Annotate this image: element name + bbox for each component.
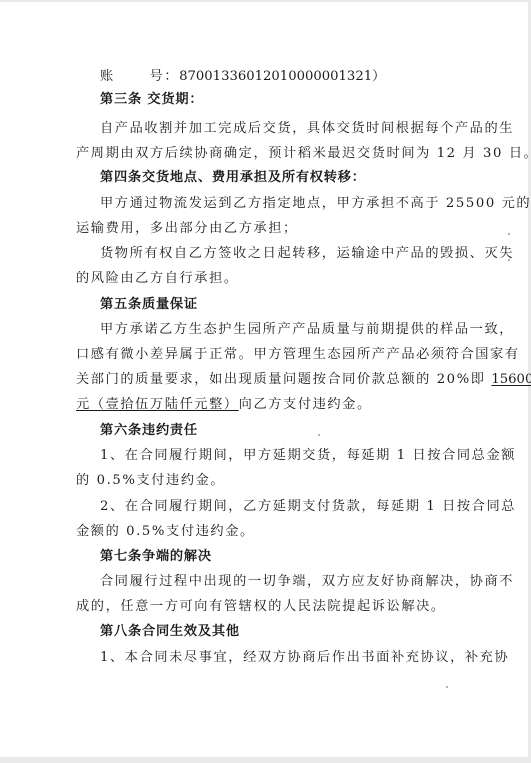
- article6-line-2: 的 0.5%支付违约金。: [76, 472, 476, 490]
- article4-line-3: 货物所有权自乙方签收之日起转移，运输途中产品的毁损、灭失: [100, 245, 500, 263]
- article5-line-3-text: 关部门的质量要求，如出现质量问题按合同价款总额的 20%即: [76, 372, 491, 387]
- scan-speck: [508, 259, 510, 261]
- article4-heading: 第四条交货地点、费用承担及所有权转移：: [100, 169, 500, 187]
- article3-heading: 第三条 交货期：: [100, 91, 500, 109]
- article8-heading: 第八条合同生效及其他: [100, 623, 500, 641]
- article7-line-1: 合同履行过程中出现的一切争端，双方应友好协商解决，协商不: [100, 573, 500, 591]
- article5-line-2: 口感有微小差异属于正常。甲方管理生态园所产产品必须符合国家有: [76, 346, 476, 364]
- account-number: 87001336012010000001321）: [179, 69, 385, 84]
- scan-speck: [318, 434, 320, 436]
- document-page: 账 号：87001336012010000001321） 第三条 交货期： 自产…: [0, 2, 528, 757]
- article6-line-1: 1、在合同履行期间，甲方延期交货，每延期 1 日按合同总金额: [100, 447, 500, 465]
- article5-line-4-text: 向乙方支付违约金。: [239, 397, 372, 412]
- account-label: 账 号：: [100, 69, 179, 84]
- article6-line-3: 2、在合同履行期间，乙方延期支付货款，每延期 1 日按合同总: [100, 498, 500, 516]
- article4-line-1: 甲方通过物流发运到乙方指定地点，甲方承担不高于 25500 元的: [100, 195, 500, 213]
- article6-heading: 第六条违约责任: [100, 422, 500, 440]
- penalty-amount: 156000: [491, 372, 531, 387]
- article7-heading: 第七条争端的解决: [100, 548, 500, 566]
- article5-line-4: 元（壹拾伍万陆仟元整）向乙方支付违约金。: [76, 396, 476, 414]
- penalty-amount-words: 元（壹拾伍万陆仟元整）: [76, 397, 239, 412]
- article5-heading: 第五条质量保证: [100, 296, 500, 314]
- article4-line-2: 运输费用，多出部分由乙方承担；: [76, 220, 476, 238]
- article5-line-1: 甲方承诺乙方生态护生园所产产品质量与前期提供的样品一致，: [100, 321, 500, 339]
- article3-line-1: 自产品收割并加工完成后交货，具体交货时间根据每个产品的生: [100, 120, 500, 138]
- article8-line-1: 1、本合同未尽事宜，经双方协商后作出书面补充协议，补充协: [100, 649, 500, 667]
- article5-line-3: 关部门的质量要求，如出现质量问题按合同价款总额的 20%即 156000: [76, 371, 476, 389]
- article6-line-4: 金额的 0.5%支付违约金。: [76, 523, 476, 541]
- scan-speck: [508, 233, 510, 235]
- article3-line-2: 产周期由双方后续协商确定，预计稻米最迟交货时间为 12 月 30 日。: [76, 145, 476, 163]
- account-line: 账 号：87001336012010000001321）: [100, 68, 500, 86]
- scan-speck: [446, 686, 448, 688]
- article7-line-2: 成的，任意一方可向有管辖权的人民法院提起诉讼解决。: [76, 598, 476, 616]
- article4-line-4: 的风险由乙方自行承担。: [76, 270, 476, 288]
